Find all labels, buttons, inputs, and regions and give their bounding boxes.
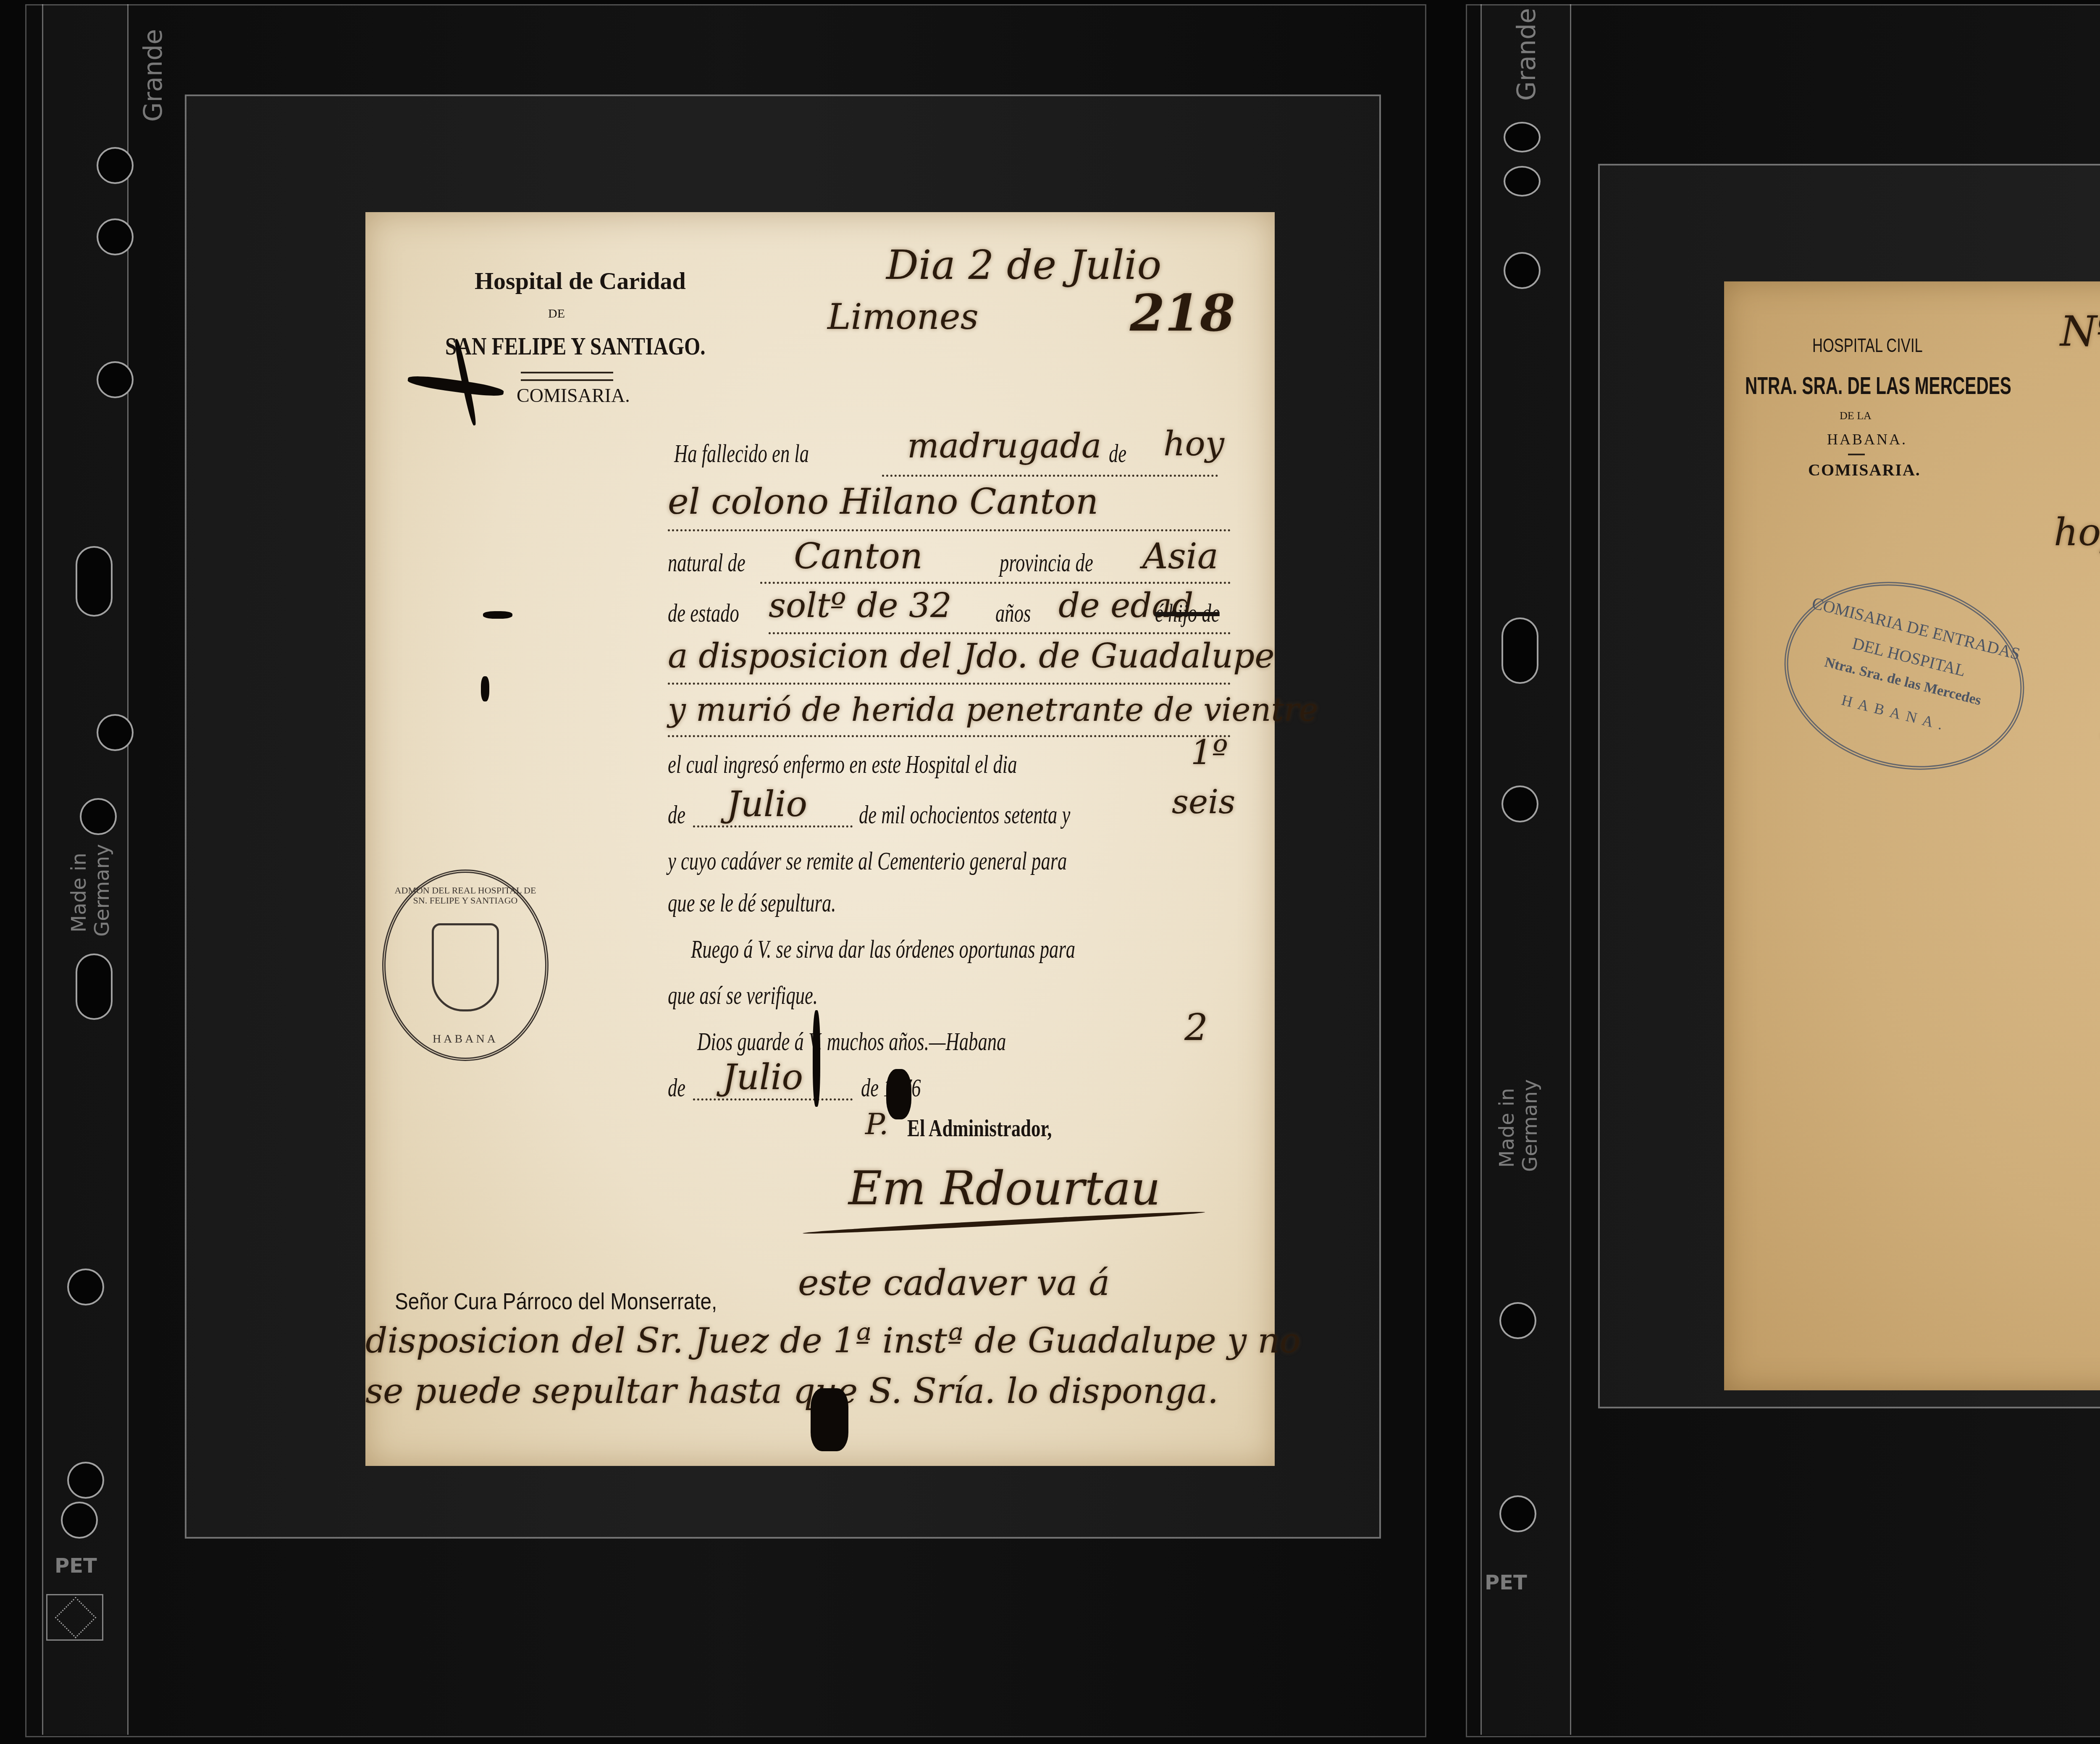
header-rule	[521, 379, 613, 381]
handwritten-birthplace: Canton	[794, 536, 923, 577]
printed-text: de	[1109, 439, 1126, 469]
fill-line	[693, 1098, 853, 1101]
printed-text: provincia de	[1000, 548, 1093, 578]
ink-blot	[886, 1069, 911, 1119]
handwritten-admission-day: 1º	[1191, 733, 1228, 772]
binder-hole	[80, 798, 117, 835]
fill-line	[769, 632, 1231, 634]
header-rule	[521, 372, 613, 373]
hospital-name-de: DE	[548, 307, 565, 321]
binder-slot	[76, 546, 113, 617]
hospital-saint-names: SAN FELIPE Y SANTIAGO.	[445, 332, 706, 361]
printed-text: de	[668, 800, 685, 830]
binder-hole	[1504, 166, 1541, 197]
ink-blot	[483, 611, 512, 619]
printed-text: de estado	[668, 599, 739, 628]
binder-hole	[97, 361, 134, 398]
ink-blot	[811, 1388, 848, 1451]
fill-line	[668, 683, 1231, 685]
binder-hole	[97, 218, 134, 255]
right-sleeve-brand: Grande	[1512, 8, 1541, 101]
fill-line	[760, 582, 1231, 584]
seal-city: HABANA	[386, 1032, 545, 1046]
fill-line	[668, 529, 1231, 531]
printed-text: el cual ingresó enfermo en este Hospital…	[668, 750, 1017, 780]
register-label: Limones	[827, 296, 979, 337]
hospital-name: NTRA. SRA. DE LAS MERCEDES	[1745, 372, 2011, 400]
right-sleeve-made-in: Made in	[1495, 1088, 1519, 1168]
stamp-diamond-logo-icon	[46, 1594, 103, 1641]
binder-hole	[97, 147, 134, 184]
handwritten-admission-month: Julio	[727, 783, 807, 825]
printed-text: y cuyo cadáver se remite al Cementerio g…	[668, 846, 1067, 876]
printed-text: años	[995, 599, 1031, 628]
fill-line	[668, 735, 1231, 737]
handwritten-issue-month: Julio	[722, 1056, 803, 1098]
printed-text: Ha fallecido en la	[674, 439, 809, 469]
printed-text: Ruego á V. se sirva dar las órdenes opor…	[691, 935, 1075, 964]
printed-text: que así se verifique.	[668, 981, 818, 1011]
handwritten-admission-year: seis	[1172, 783, 1235, 821]
handwritten-deceased-name: el colono Hilano Canton	[668, 481, 1098, 522]
printed-text: Dios guarde á V. muchos años.—Habana	[697, 1027, 1006, 1057]
register-number: 218	[1130, 284, 1235, 343]
handwritten-issue-day: 2	[1184, 1006, 1208, 1049]
handwritten-postscript: disposicion del Sr. Juez de 1ª instª de …	[365, 1321, 1300, 1361]
right-sleeve-material-label: PET	[1485, 1571, 1527, 1594]
printed-text: de mil ochocientos setenta y	[859, 800, 1070, 830]
binder-hole	[1499, 1302, 1536, 1339]
binder-slot	[76, 953, 113, 1020]
right-sleeve-germany: Germany	[1518, 1079, 1542, 1172]
hospital-seal: ADMON DEL REAL HOSPITAL DE SN. FELIPE Y …	[382, 869, 549, 1061]
addressee: Señor Cura Párroco del Monserrate,	[395, 1287, 717, 1315]
date-annotation: Dia 2 de Julio	[886, 242, 1161, 289]
handwritten-disposition: a disposicion del Jdo. de Guadalupe	[668, 636, 1275, 675]
left-sleeve-material-label: PET	[55, 1554, 97, 1578]
binder-slot	[1501, 617, 1538, 684]
hospital-city: HABANA.	[1827, 431, 1907, 448]
header-rule	[1848, 454, 1865, 455]
comisaria-stamp: COMISARIA DE ENTRADAS DEL HOSPITAL Ntra.…	[1764, 557, 2045, 795]
ink-blot	[813, 1010, 820, 1107]
certificate-number: Nº 1073.	[2060, 307, 2100, 356]
administrator-signature: Em Rdourtau	[848, 1161, 1160, 1215]
left-sleeve-germany: Germany	[90, 844, 114, 937]
hospital-name-de-la: DE LA	[1840, 410, 1872, 422]
left-death-certificate: Hospital de Caridad DE SAN FELIPE Y SANT…	[365, 212, 1275, 1466]
printed-text: natural de	[668, 548, 745, 578]
printed-text: que se le dé sepultura.	[668, 888, 836, 918]
signature-prefix: P.	[865, 1107, 888, 1141]
fill-line	[693, 825, 853, 827]
right-death-certificate: HOSPITAL CIVIL NTRA. SRA. DE LAS MERCEDE…	[1724, 281, 2100, 1390]
handwritten-marital-status-age: soltº de 32	[769, 586, 952, 625]
royal-coat-of-arms-icon	[432, 923, 499, 1011]
binder-hole	[1504, 252, 1541, 289]
seal-ring-text: ADMON DEL REAL HOSPITAL DE SN. FELIPE Y …	[390, 885, 541, 906]
binder-hole	[1499, 1495, 1536, 1532]
handwritten-province: Asia	[1142, 536, 1218, 577]
handwritten-cause-of-death: y murió de herida penetrante de vientre	[668, 691, 1318, 728]
binder-hole	[61, 1502, 98, 1539]
binder-hole	[67, 1462, 104, 1499]
binder-hole	[1504, 122, 1541, 152]
handwritten-deceased-name: hoy Moreno Quirino Velazquez	[2054, 510, 2100, 554]
ink-blot	[407, 373, 504, 399]
hospital-name: Hospital de Caridad	[475, 267, 686, 295]
left-sleeve-brand: Grande	[139, 29, 168, 122]
binder-hole	[1501, 785, 1538, 822]
comisaria-label: COMISARIA.	[517, 384, 630, 407]
ink-blot	[481, 676, 489, 701]
left-sleeve-made-in: Made in	[67, 853, 91, 932]
struck-printed-text: é hijo de	[1155, 599, 1220, 628]
printed-text: de	[668, 1073, 685, 1103]
signatory-title: El Administrador,	[907, 1115, 1052, 1142]
fill-line	[882, 475, 1218, 477]
handwritten-postscript: este cadaver va á	[798, 1262, 1110, 1303]
binder-hole	[97, 714, 134, 751]
handwritten-time-of-death: madrugada	[907, 426, 1101, 465]
hospital-type: HOSPITAL CIVIL	[1812, 334, 1923, 357]
handwritten-postscript: se puede sepultar hasta que S. Sría. lo …	[365, 1371, 1218, 1411]
handwritten-day: hoy	[1163, 424, 1224, 463]
binder-hole	[67, 1269, 104, 1305]
comisaria-label: COMISARIA.	[1808, 460, 1921, 480]
